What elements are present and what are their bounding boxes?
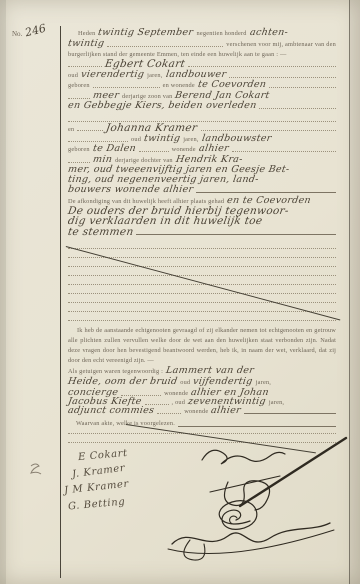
- blank-rule: [178, 426, 336, 427]
- marriage-certificate-page: No. 246 Heden twintig September negentie…: [0, 0, 360, 584]
- blank-rule: [139, 151, 169, 152]
- hw-consent-3: te stemmen: [67, 227, 134, 237]
- signature-groom: E Cokart: [78, 448, 129, 463]
- margin-rule: [60, 26, 61, 578]
- blank-ruled-line: [68, 274, 336, 276]
- intro-line-1: Heden twintig September negentien honder…: [68, 28, 336, 38]
- groom-residence: te Coevorden: [197, 80, 267, 90]
- printed-geboren: geboren: [68, 81, 90, 91]
- witness1-age: vijfendertig: [193, 377, 254, 387]
- blank-rule: [269, 87, 336, 88]
- hw-year-part1: achten-: [249, 28, 289, 38]
- blank-ruled-line: [68, 310, 336, 312]
- blank-rule: [157, 413, 181, 414]
- intro-line-2: twintig verschenen voor mij, ambtenaar v…: [68, 39, 336, 49]
- blank-rule: [196, 192, 336, 193]
- bride-parents-line-4: bouwers wonende alhier: [68, 185, 336, 195]
- printed-oud-w1: oud: [180, 378, 190, 388]
- blank-ruled-line: [68, 265, 336, 267]
- page-right-edge: [350, 0, 360, 584]
- witness1-name-part1: Lammert van der: [165, 366, 254, 376]
- bride-residence: alhier: [198, 144, 229, 154]
- bride-name-line: en Johanna Kramer: [68, 123, 336, 133]
- bride-residence-line: geboren te Dalen wonende alhier: [68, 144, 336, 154]
- official-signature-flourish: [150, 428, 350, 568]
- page-left-edge: [0, 0, 6, 584]
- groom-parents-line-2: en Gebbegje Kiers, beiden overleden: [68, 101, 336, 111]
- blank-rule: [107, 46, 223, 47]
- blank-ruled-line: [68, 247, 336, 249]
- blank-rule: [188, 66, 336, 67]
- signature-bride-father: J M Kramer: [64, 479, 130, 497]
- printed-appeared: verschenen voor mij, ambtenaar van den: [226, 40, 336, 50]
- blank-rule: [68, 141, 128, 142]
- blank-rule: [68, 66, 102, 67]
- act-number-label: No.: [12, 30, 22, 38]
- groom-mother-name: en Gebbegje Kiers, beiden overleden: [67, 101, 257, 111]
- hw-consent-2: dig verklaarden in dit huwelijk toe: [67, 216, 263, 226]
- printed-year-prefix: negentien honderd: [197, 29, 247, 39]
- blank-rule: [68, 98, 90, 99]
- act-number-value: 246: [24, 22, 48, 40]
- hw-year-part2: twintig: [67, 39, 105, 49]
- signature-bride: J. Kramer: [72, 463, 126, 480]
- blank-rule: [136, 234, 336, 235]
- witness2-occupation: adjunct commies: [67, 406, 155, 416]
- blank-ruled-line: [68, 292, 336, 294]
- consent-line-3: te stemmen: [68, 227, 336, 237]
- printed-wonende-w2: wonende: [184, 407, 208, 417]
- signature-bride-mother: G. Betting: [68, 497, 126, 513]
- witness2-residence: alhier: [211, 406, 242, 416]
- blank-rule: [77, 130, 103, 131]
- groom-name: Egbert Cokart: [104, 59, 186, 69]
- bride-parents-text-4: bouwers wonende alhier: [67, 185, 194, 195]
- printed-geboren-bride: geboren: [68, 145, 90, 155]
- witness-line-5: adjunct commies wonende alhier: [68, 406, 336, 416]
- bride-name: Johanna Kramer: [106, 123, 199, 133]
- blank-ruled-line: [68, 301, 336, 303]
- groom-residence-line: geboren en wonende te Coevorden: [68, 80, 336, 90]
- groom-name-line: Egbert Cokart: [68, 59, 336, 69]
- bride-age: twintig: [143, 134, 181, 144]
- blank-rule: [259, 108, 336, 109]
- blank-rule: [93, 87, 160, 88]
- margin-mark: [28, 462, 44, 476]
- blank-rule: [201, 130, 336, 131]
- groom-age: vierendertig: [80, 70, 145, 80]
- blank-rule: [68, 162, 90, 163]
- witness-line-2: Heide, oom der bruid oud vijfendertig ja…: [68, 377, 336, 387]
- blank-rule: [229, 77, 336, 78]
- bride-birthplace: te Dalen: [92, 144, 137, 154]
- blank-rule: [244, 413, 336, 414]
- blank-rule: [232, 151, 336, 152]
- consent-line-2: dig verklaarden in dit huwelijk toe: [68, 216, 336, 226]
- witness1-name-part2: Heide, oom der bruid: [67, 377, 178, 387]
- blank-ruled-line: [68, 319, 336, 321]
- hw-marriage-date: twintig September: [98, 28, 195, 38]
- vows-paragraph: Ik heb de aanstaande echtgenooten gevraa…: [68, 326, 336, 366]
- witness-line-1: Als getuigen waren tegenwoordig : Lammer…: [68, 366, 336, 376]
